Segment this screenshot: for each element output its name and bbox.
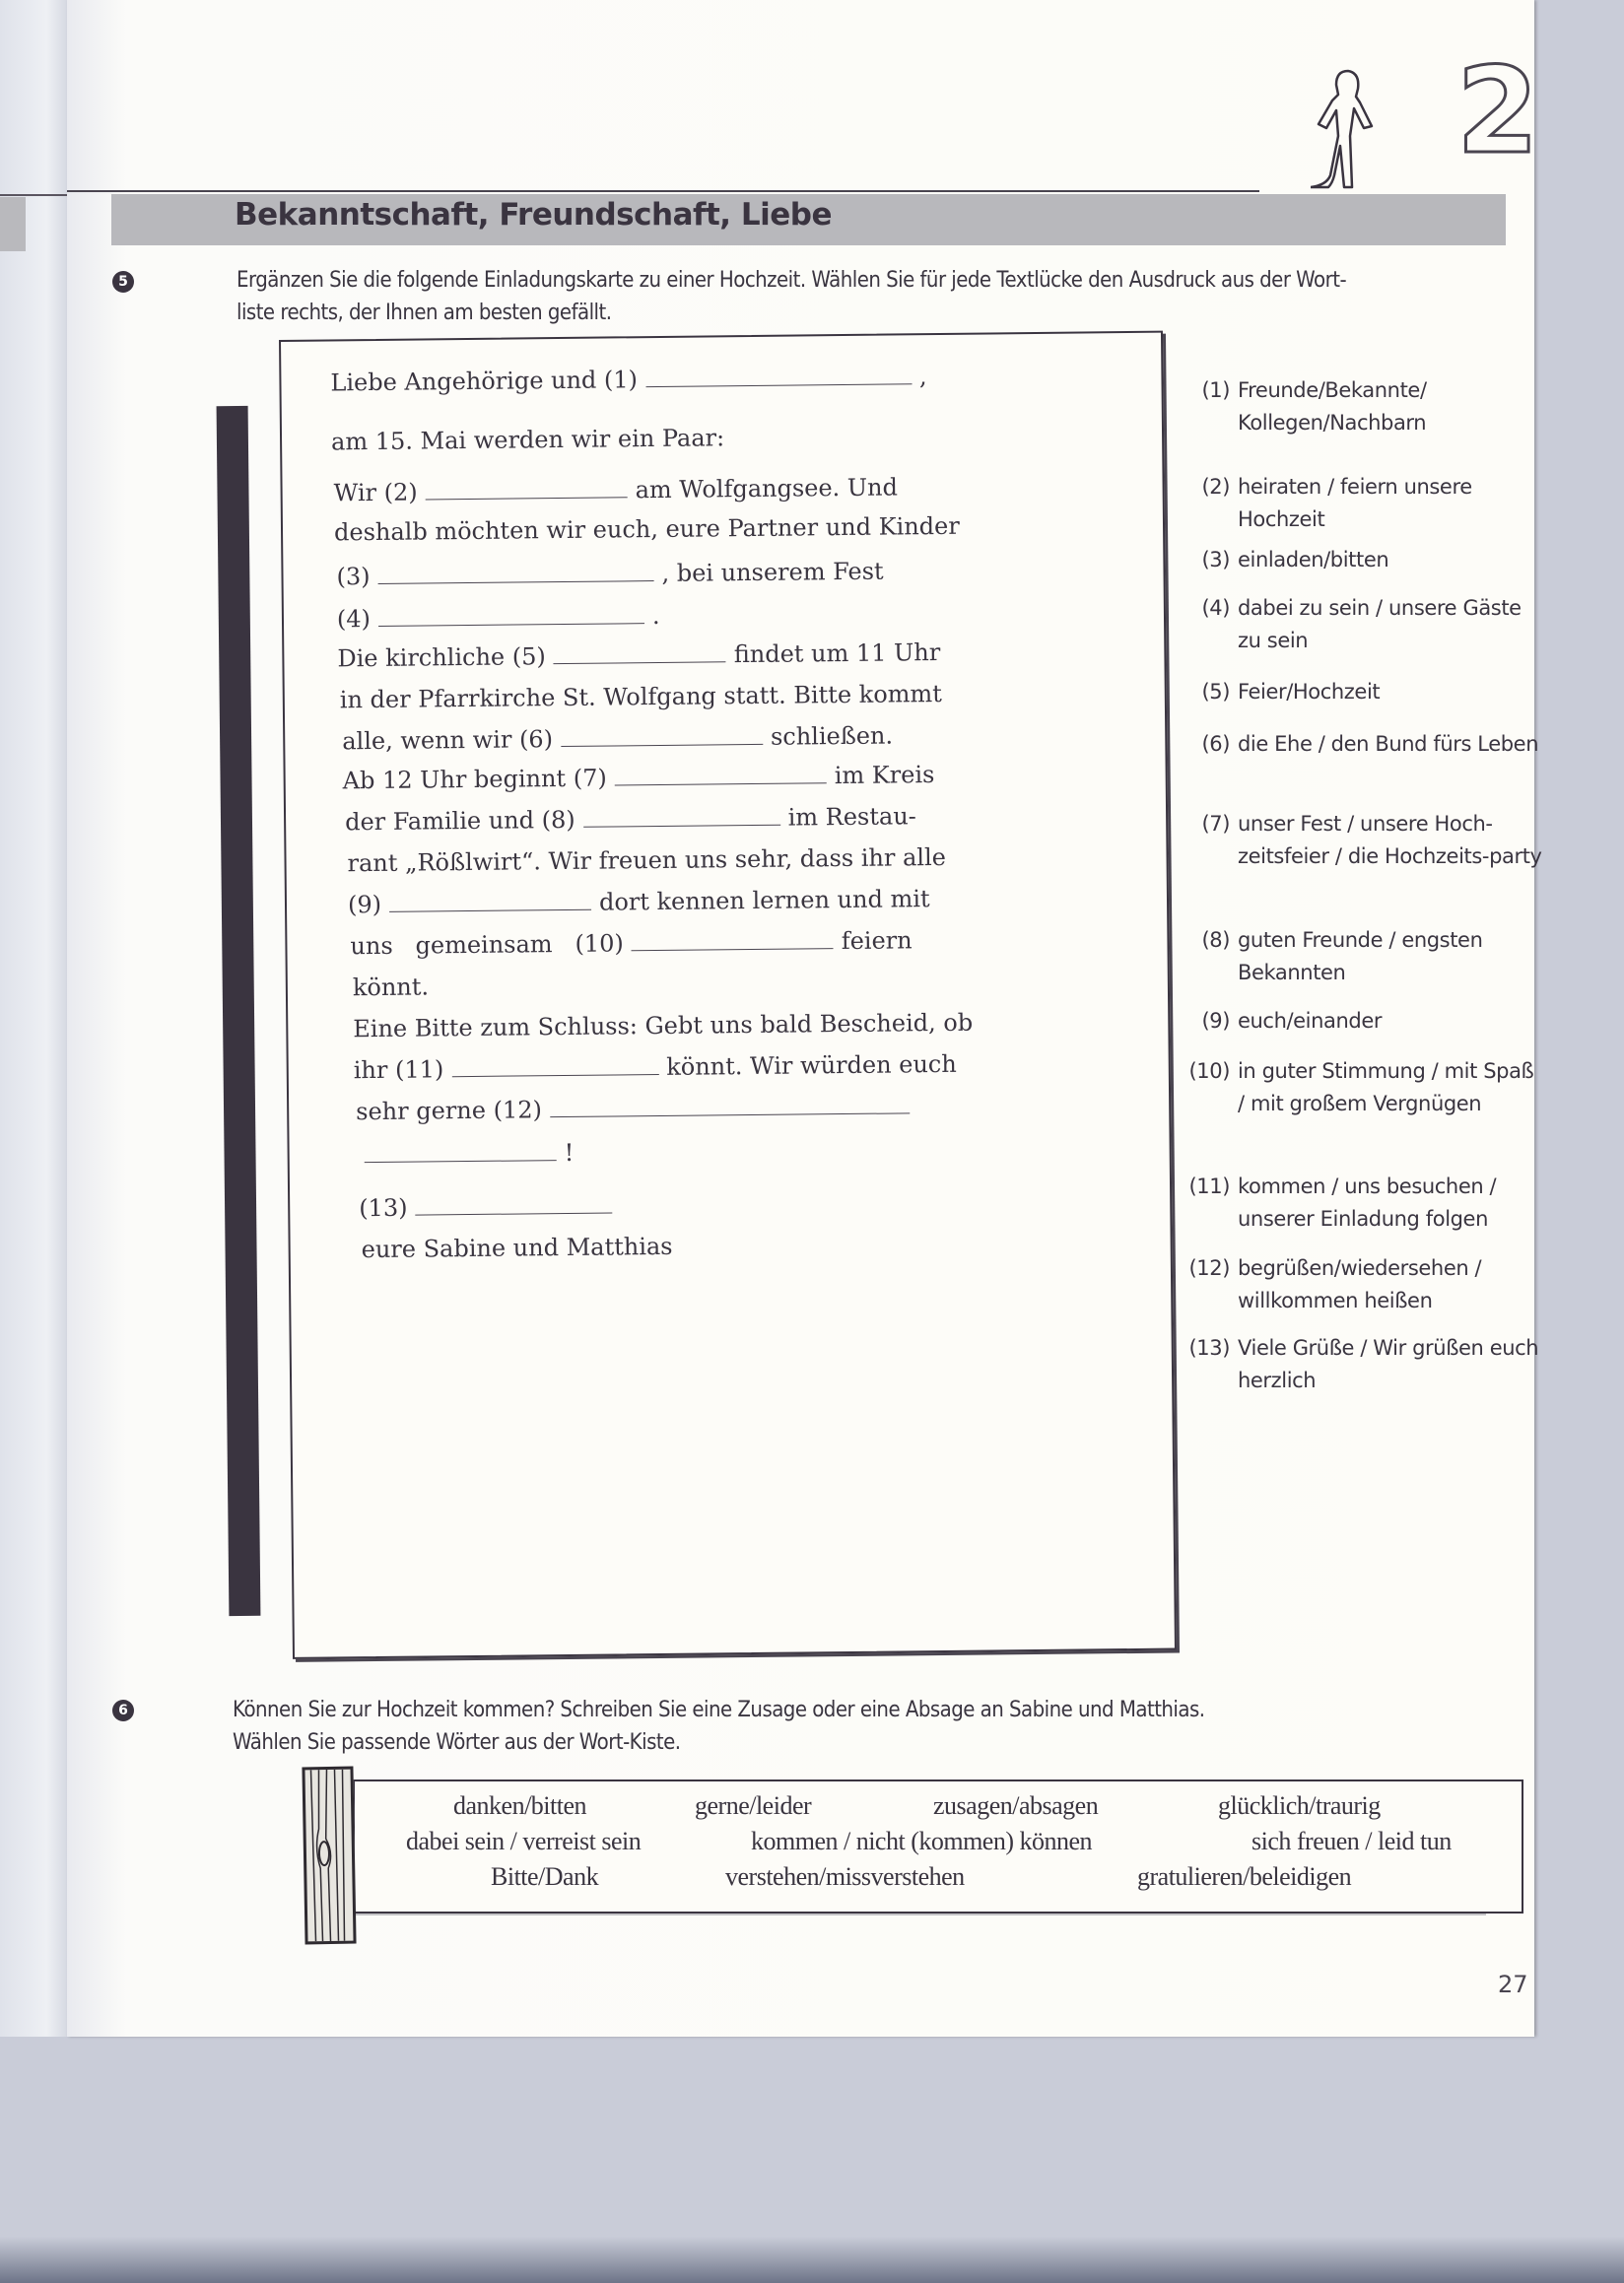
card-text: , bei unserem Fest <box>661 558 883 587</box>
card-text: ! <box>565 1139 575 1167</box>
card-text: sehr gerne (12) <box>356 1096 542 1125</box>
card-line: (9)dort kennen lernen und mit <box>348 885 930 918</box>
word-box-item: sich freuen / leid tun <box>1252 1827 1452 1856</box>
card-text: könnt. Wir würden euch <box>666 1050 957 1081</box>
person-outline-icon <box>1311 67 1389 195</box>
card-line: ! <box>357 1139 575 1169</box>
card-text: Wir (2) <box>333 479 417 507</box>
answer-blank[interactable] <box>415 1195 612 1216</box>
word-list-number: (2) <box>1201 471 1230 504</box>
word-list-text: heiraten / feiern unsere Hochzeit <box>1238 471 1543 536</box>
card-text: . <box>652 602 660 630</box>
exercise-6-badge: 6 <box>112 1700 134 1721</box>
answer-blank[interactable] <box>378 605 644 627</box>
card-text: schließen. <box>771 721 893 750</box>
card-line: ihr (11)könnt. Wir würden euch <box>354 1050 957 1084</box>
card-line: deshalb möchten wir euch, eure Partner u… <box>334 512 960 547</box>
word-box: danken/bittengerne/leiderzusagen/absagen… <box>353 1779 1523 1914</box>
word-list-text: in guter Stimmung / mit Spaß / mit große… <box>1238 1055 1543 1120</box>
card-text: uns gemeinsam (10) <box>350 929 624 960</box>
card-shadow <box>217 406 261 1616</box>
word-box-item: danken/bitten <box>453 1791 586 1821</box>
answer-blank[interactable] <box>583 807 780 828</box>
word-list-text: dabei zu sein / unsere Gäste zu sein <box>1238 592 1543 657</box>
card-line: uns gemeinsam (10)feiern <box>350 926 912 960</box>
section-title: Bekanntschaft, Freundschaft, Liebe <box>235 197 832 233</box>
page-number: 27 <box>1498 1971 1528 1998</box>
word-list-number: (6) <box>1201 728 1230 761</box>
card-line: Liebe Angehörige und (1), <box>330 363 926 396</box>
word-list-text: begrüßen/wiedersehen / willkommen heißen <box>1238 1252 1543 1317</box>
card-text: im Restau- <box>787 802 915 831</box>
card-text: feiern <box>842 926 913 955</box>
card-text: , <box>919 363 927 390</box>
answer-blank[interactable] <box>645 366 912 387</box>
workbook-page: 2 Bekanntschaft, Freundschaft, Liebe 5 E… <box>67 0 1534 2037</box>
card-text: der Familie und (8) <box>345 806 575 836</box>
card-line: (13) <box>359 1191 621 1222</box>
card-text: Eine Bitte zum Schluss: Gebt uns bald Be… <box>353 1009 973 1043</box>
card-line: sehr gerne (12) <box>356 1092 917 1125</box>
word-list-text: einladen/bitten <box>1238 544 1543 576</box>
word-list-number: (4) <box>1201 592 1230 625</box>
card-line: (4). <box>337 602 660 633</box>
card-line: Wir (2)am Wolfgangsee. Und <box>333 473 898 506</box>
answer-blank[interactable] <box>365 1142 557 1163</box>
card-text: am 15. Mai werden wir ein Paar: <box>331 424 724 455</box>
header-rule <box>67 190 1259 192</box>
word-list-text: Feier/Hochzeit <box>1238 676 1543 708</box>
scan-bottom-shadow <box>0 2237 1624 2283</box>
card-text: könnt. <box>353 973 429 1001</box>
word-list-text: Viele Grüße / Wir grüßen euch herzlich <box>1238 1332 1543 1397</box>
word-list-number: (13) <box>1188 1332 1230 1365</box>
chapter-number: 2 <box>1456 53 1539 171</box>
answer-blank[interactable] <box>377 563 653 584</box>
word-box-item: verstehen/missverstehen <box>725 1862 965 1892</box>
word-box-item: kommen / nicht (kommen) können <box>751 1827 1092 1856</box>
adjacent-page-edge <box>0 0 67 2037</box>
exercise-5-instruction-line1: Ergänzen Sie die folgende Einladungskart… <box>237 264 1531 297</box>
word-list-number: (1) <box>1201 374 1230 407</box>
card-line: in der Pfarrkirche St. Wolfgang statt. B… <box>340 680 942 713</box>
word-list-text: euch/einander <box>1238 1005 1543 1038</box>
card-text: deshalb möchten wir euch, eure Partner u… <box>334 512 960 547</box>
card-text: Ab 12 Uhr beginnt (7) <box>343 765 607 795</box>
card-text: dort kennen lernen und mit <box>599 885 930 916</box>
card-text: (13) <box>359 1194 408 1223</box>
word-list-text: Freunde/Bekannte/ Kollegen/Nachbarn <box>1238 374 1543 439</box>
answer-blank[interactable] <box>451 1056 658 1077</box>
exercise-6-instruction-line1: Können Sie zur Hochzeit kommen? Schreibe… <box>233 1694 1474 1726</box>
card-line: Eine Bitte zum Schluss: Gebt uns bald Be… <box>353 1009 973 1043</box>
word-list-number: (5) <box>1201 676 1230 708</box>
word-box-item: glücklich/traurig <box>1218 1791 1381 1821</box>
card-line: könnt. <box>353 973 429 1001</box>
card-line: am 15. Mai werden wir ein Paar: <box>331 424 724 455</box>
card-text: am Wolfgangsee. Und <box>635 473 898 504</box>
answer-blank[interactable] <box>389 892 591 912</box>
card-text: rant „Rößlwirt“. Wir freuen uns sehr, da… <box>347 843 946 877</box>
card-text: im Kreis <box>835 761 935 789</box>
card-text: findet um 11 Uhr <box>734 638 941 668</box>
word-list-number: (8) <box>1201 924 1230 957</box>
exercise-5-instruction-line2: liste rechts, der Ihnen am besten gefäll… <box>237 297 1531 329</box>
card-text: (4) <box>337 605 371 633</box>
word-box-item: gerne/leider <box>695 1791 811 1821</box>
answer-blank[interactable] <box>550 1095 910 1117</box>
adjacent-page-rule <box>0 194 67 196</box>
word-box-item: zusagen/absagen <box>933 1791 1098 1821</box>
exercise-5-badge: 5 <box>112 271 134 293</box>
card-line: alle, wenn wir (6)schließen. <box>342 721 893 755</box>
answer-blank[interactable] <box>554 643 726 664</box>
card-text: Liebe Angehörige und (1) <box>330 366 638 396</box>
card-line: Die kirchliche (5)findet um 11 Uhr <box>337 638 940 672</box>
word-box-item: dabei sein / verreist sein <box>406 1827 641 1856</box>
card-text: eure Sabine und Matthias <box>362 1233 673 1263</box>
word-list-text: guten Freunde / engsten Bekannten <box>1238 924 1543 989</box>
invitation-card: Liebe Angehörige und (1),am 15. Mai werd… <box>279 331 1177 1659</box>
card-line: der Familie und (8)im Restau- <box>345 802 916 836</box>
answer-blank[interactable] <box>561 726 763 747</box>
word-list-number: (12) <box>1188 1252 1230 1285</box>
word-list-number: (10) <box>1188 1055 1230 1088</box>
card-text: (9) <box>348 891 381 918</box>
card-text: alle, wenn wir (6) <box>342 725 553 755</box>
answer-blank[interactable] <box>426 479 628 500</box>
card-text: ihr (11) <box>354 1055 444 1084</box>
card-text: in der Pfarrkirche St. Wolfgang statt. B… <box>340 680 942 713</box>
wood-plank-icon <box>302 1767 356 1945</box>
word-list-text: kommen / uns besuchen / unserer Einladun… <box>1238 1171 1543 1236</box>
answer-blank[interactable] <box>615 765 827 785</box>
card-text: (3) <box>336 563 370 590</box>
exercise-6-instruction-line2: Wählen Sie passende Wörter aus der Wort-… <box>233 1726 1474 1759</box>
card-line: eure Sabine und Matthias <box>362 1233 673 1263</box>
word-list-text: unser Fest / unsere Hoch-zeitsfeier / di… <box>1238 808 1543 873</box>
word-list-number: (7) <box>1201 808 1230 840</box>
card-line: rant „Rößlwirt“. Wir freuen uns sehr, da… <box>347 843 946 877</box>
card-line: Ab 12 Uhr beginnt (7)im Kreis <box>343 761 935 794</box>
word-list-number: (3) <box>1201 544 1230 576</box>
card-text: Die kirchliche (5) <box>337 642 546 672</box>
answer-blank[interactable] <box>632 930 834 951</box>
card-line: (3), bei unserem Fest <box>336 558 883 591</box>
word-list-number: (9) <box>1201 1005 1230 1038</box>
word-list-text: die Ehe / den Bund fürs Leben <box>1238 728 1543 761</box>
word-box-item: gratulieren/beleidigen <box>1137 1862 1351 1892</box>
word-list-number: (11) <box>1188 1171 1230 1203</box>
word-box-item: Bitte/Dank <box>491 1862 598 1892</box>
adjacent-page-title-bar <box>0 197 26 251</box>
